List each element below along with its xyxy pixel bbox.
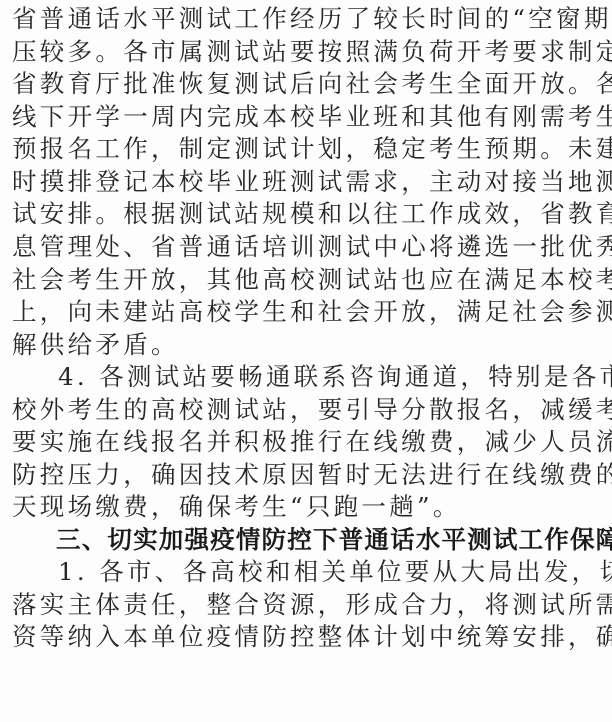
paragraph-line: 要实施在线报名并积极推行在线缴费，减少人员流动，减轻疫情 [12,426,604,458]
paragraph-line-end: 解供给矛盾。 [12,329,604,361]
paragraph-line: 试安排。根据测试站规模和以往工作成效，省教育厅语言文字信 [12,198,604,230]
paragraph-line: 落实主体责任，整合资源，形成合力，将测试所需防控经费、物 [12,589,604,621]
paragraph-line: 上，向未建站高校学生和社会开放，满足社会参测需求，共同化 [12,296,604,328]
paragraph-line-end: 天现场缴费，确保考生“只跑一趟”。 [12,491,604,523]
paragraph-line: 息管理处、省普通话培训测试中心将遴选一批优秀高校测试站向 [12,231,604,263]
paragraph-line: 省教育厅批准恢复测试后向社会考生全面开放。各建站高校应在 [12,68,604,100]
list-item-1-first-line: 1. 各市、各高校和相关单位要从大局出发，切实加强领导， [58,556,604,588]
section-heading: 三、切实加强疫情防控下普通话水平测试工作保障 [56,524,556,556]
paragraph-line: 时摸排登记本校毕业班测试需求，主动对接当地测试站，落实测 [12,166,604,198]
paragraph-line: 省普通话水平测试工作经历了较长时间的“空窗期”，测试任务积 [12,3,604,35]
paragraph-line: 压较多。各市属测试站要按照满负荷开考要求制定测试计划，在 [12,36,604,68]
paragraph-line: 线下开学一周内完成本校毕业班和其他有刚需考生的摸排，做好 [12,101,604,133]
paragraph-line: 校外考生的高校测试站，要引导分散报名，减缓考生扎堆现象。 [12,394,604,426]
paragraph-line: 社会考生开放，其他高校测试站也应在满足本校考生测试的基础 [12,264,604,296]
paragraph-line: 预报名工作，制定测试计划，稳定考生预期。未建站高校也应及 [12,133,604,165]
paragraph-line: 资等纳入本单位疫情防控整体计划中统筹安排，确保及时到位。 [12,621,604,653]
list-item-4-first-line: 4. 各测试站要畅通联系咨询通道，特别是各市测试站及接受 [58,361,604,393]
paragraph-line: 防控压力，确因技术原因暂时无法进行在线缴费的可安排测试当 [12,459,604,491]
document-page: 省普通话水平测试工作经历了较长时间的“空窗期”，测试任务积 压较多。各市属测试站… [0,0,612,722]
